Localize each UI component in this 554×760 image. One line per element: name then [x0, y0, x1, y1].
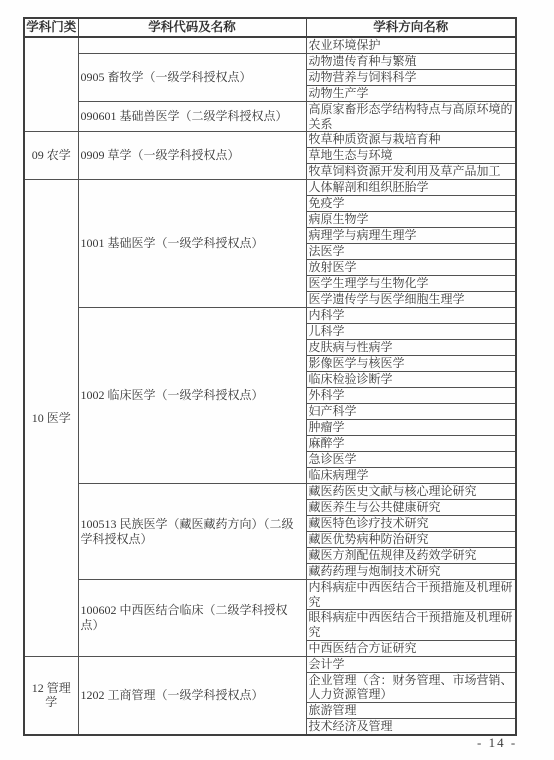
table-row: 09 农学0909 草学（一级学科授权点）牧草种质资源与栽培育种	[24, 132, 516, 148]
direction-cell: 牧草种质资源与栽培育种	[306, 132, 516, 148]
direction-cell: 动物营养与饲料科学	[306, 70, 516, 86]
code-cell: 1202 工商管理（一级学科授权点）	[78, 656, 306, 735]
code-cell	[78, 37, 306, 54]
direction-cell: 内科病症中西医结合干预措施及机理研究	[306, 580, 516, 610]
direction-cell: 外科学	[306, 388, 516, 404]
table-row: 100602 中西医结合临床（二级学科授权点）内科病症中西医结合干预措施及机理研…	[24, 580, 516, 610]
direction-cell: 儿科学	[306, 324, 516, 340]
direction-cell: 眼科病症中西医结合干预措施及机理研究	[306, 610, 516, 640]
direction-cell: 藏医养生与公共健康研究	[306, 500, 516, 516]
direction-cell: 内科学	[306, 308, 516, 324]
code-cell: 1001 基础医学（一级学科授权点）	[78, 180, 306, 308]
table-row: 090601 基础兽医学（二级学科授权点）高原家畜形态学结构特点与高原环境的关系	[24, 102, 516, 132]
header-category: 学科门类	[24, 18, 78, 37]
category-cell: 09 农学	[24, 132, 78, 180]
category-cell	[24, 37, 78, 132]
table-row: 12 管理学1202 工商管理（一级学科授权点）会计学	[24, 656, 516, 672]
direction-cell: 中西医结合方证研究	[306, 640, 516, 656]
table-header: 学科门类 学科代码及名称 学科方向名称	[24, 18, 516, 37]
code-cell: 0905 畜牧学（一级学科授权点）	[78, 54, 306, 102]
direction-cell: 藏药药理与炮制技术研究	[306, 564, 516, 580]
category-cell: 10 医学	[24, 180, 78, 656]
discipline-table: 学科门类 学科代码及名称 学科方向名称 农业环境保护0905 畜牧学（一级学科授…	[23, 17, 517, 736]
direction-cell: 藏医特色诊疗技术研究	[306, 516, 516, 532]
code-cell: 100513 民族医学（藏医藏药方向）（二级学科授权点）	[78, 484, 306, 580]
direction-cell: 病原生物学	[306, 212, 516, 228]
header-direction-name: 学科方向名称	[306, 18, 516, 37]
direction-cell: 法医学	[306, 244, 516, 260]
code-cell: 1002 临床医学（一级学科授权点）	[78, 308, 306, 484]
direction-cell: 企业管理（含：财务管理、市场营销、人力资源管理）	[306, 672, 516, 702]
direction-cell: 农业环境保护	[306, 37, 516, 54]
direction-cell: 放射医学	[306, 260, 516, 276]
direction-cell: 妇产科学	[306, 404, 516, 420]
direction-cell: 影像医学与核医学	[306, 356, 516, 372]
direction-cell: 旅游管理	[306, 702, 516, 718]
direction-cell: 人体解剖和组织胚胎学	[306, 180, 516, 196]
header-code-name: 学科代码及名称	[78, 18, 306, 37]
direction-cell: 牧草饲料资源开发利用及草产品加工	[306, 164, 516, 180]
table-row: 0905 畜牧学（一级学科授权点）动物遗传育种与繁殖	[24, 54, 516, 70]
direction-cell: 临床检验诊断学	[306, 372, 516, 388]
direction-cell: 会计学	[306, 656, 516, 672]
direction-cell: 急诊医学	[306, 452, 516, 468]
direction-cell: 藏医药医史文献与核心理论研究	[306, 484, 516, 500]
direction-cell: 藏医方剂配伍规律及药效学研究	[306, 548, 516, 564]
direction-cell: 医学生理学与生物化学	[306, 276, 516, 292]
direction-cell: 动物遗传育种与繁殖	[306, 54, 516, 70]
direction-cell: 藏医优势病种防治研究	[306, 532, 516, 548]
direction-cell: 临床病理学	[306, 468, 516, 484]
table-row: 100513 民族医学（藏医藏药方向）（二级学科授权点）藏医药医史文献与核心理论…	[24, 484, 516, 500]
document-page: 学科门类 学科代码及名称 学科方向名称 农业环境保护0905 畜牧学（一级学科授…	[0, 0, 554, 760]
page-number: - 14 -	[477, 735, 517, 751]
header-row: 学科门类 学科代码及名称 学科方向名称	[24, 18, 516, 37]
direction-cell: 高原家畜形态学结构特点与高原环境的关系	[306, 102, 516, 132]
direction-cell: 动物生产学	[306, 86, 516, 102]
direction-cell: 麻醉学	[306, 436, 516, 452]
code-cell: 090601 基础兽医学（二级学科授权点）	[78, 102, 306, 132]
direction-cell: 草地生态与环境	[306, 148, 516, 164]
direction-cell: 皮肤病与性病学	[306, 340, 516, 356]
table-row: 农业环境保护	[24, 37, 516, 54]
code-cell: 100602 中西医结合临床（二级学科授权点）	[78, 580, 306, 656]
code-cell: 0909 草学（一级学科授权点）	[78, 132, 306, 180]
direction-cell: 肿瘤学	[306, 420, 516, 436]
category-cell: 12 管理学	[24, 656, 78, 735]
direction-cell: 病理学与病理生理学	[306, 228, 516, 244]
direction-cell: 免疫学	[306, 196, 516, 212]
table-body: 农业环境保护0905 畜牧学（一级学科授权点）动物遗传育种与繁殖动物营养与饲料科…	[24, 37, 516, 735]
direction-cell: 技术经济及管理	[306, 718, 516, 735]
table-row: 10 医学1001 基础医学（一级学科授权点）人体解剖和组织胚胎学	[24, 180, 516, 196]
table-row: 1002 临床医学（一级学科授权点）内科学	[24, 308, 516, 324]
direction-cell: 医学遗传学与医学细胞生理学	[306, 292, 516, 308]
